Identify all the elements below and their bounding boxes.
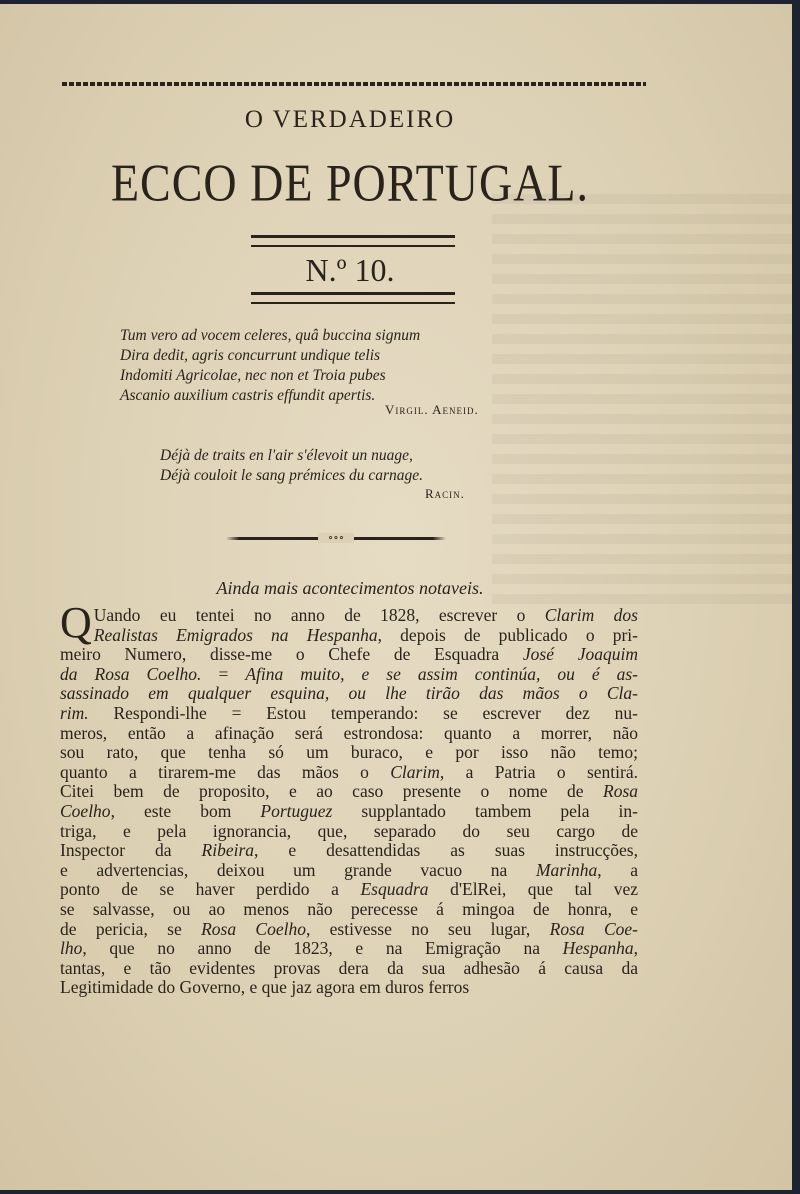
masthead-title: ECCO DE PORTUGAL. xyxy=(0,152,700,213)
article-line: Coelho, este bom Portuguez supplantado t… xyxy=(60,802,638,822)
article-line: sou rato, que tenha só um buraco, e por … xyxy=(60,743,638,763)
article-line: meiro Numero, disse-me o Chefe de Esquad… xyxy=(60,645,638,665)
article-line: quanto a tirarem-me das mãos o Clarim, a… xyxy=(60,763,638,783)
double-rule-lower xyxy=(251,292,455,304)
article-line: triga, e pela ignorancia, que, separado … xyxy=(60,822,638,842)
article-line: Uando eu tentei no anno de 1828, escreve… xyxy=(60,606,638,626)
article-line: lho, que no anno de 1823, e na Emigração… xyxy=(60,939,638,959)
masthead-subtitle: O VERDADEIRO xyxy=(0,106,700,134)
article-line: Inspector da Ribeira, e desattendidas as… xyxy=(60,841,638,861)
article-line: ponto de se haver perdido a Esquadra d'E… xyxy=(60,880,638,900)
epigraph-french: Déjà de traits en l'air s'élevoit un nua… xyxy=(160,446,423,486)
ornamental-top-rule xyxy=(62,82,646,86)
article-line: Realistas Emigrados na Hespanha, depois … xyxy=(60,626,638,646)
issue-number: N.º 10. xyxy=(0,252,700,289)
epigraph-line: Déjà couloit le sang prémices du carnage… xyxy=(160,466,423,486)
section-heading: Ainda mais acontecimentos notaveis. xyxy=(0,578,700,599)
double-rule-upper xyxy=(251,235,455,247)
article-line: Legitimidade do Governo, e que jaz agora… xyxy=(60,978,638,998)
drop-cap: Q xyxy=(60,608,92,638)
divider-ornament: ∘∘∘ xyxy=(318,533,354,543)
epigraph-line: Tum vero ad vocem celeres, quâ buccina s… xyxy=(120,326,420,346)
epigraph-line: Indomiti Agricolae, nec non et Troia pub… xyxy=(120,366,420,386)
epigraph-line: Dira dedit, agris concurrunt undique tel… xyxy=(120,346,420,366)
epigraph-line: Ascanio auxilium castris effundit aperti… xyxy=(120,386,420,406)
article-line: de pericia, se Rosa Coelho, estivesse no… xyxy=(60,920,638,940)
article-line: meros, então a afinação será estrondosa:… xyxy=(60,724,638,744)
article-line: tantas, e tão evidentes provas dera da s… xyxy=(60,959,638,979)
article-line: Citei bem de proposito, e ao caso presen… xyxy=(60,782,638,802)
article-line: sassinado em qualquer esquina, ou lhe ti… xyxy=(60,684,638,704)
article-line: da Rosa Coelho. = Afina muito, e se assi… xyxy=(60,665,638,685)
article-line: e advertencias, deixou um grande vacuo n… xyxy=(60,861,638,881)
epigraph-latin: Tum vero ad vocem celeres, quâ buccina s… xyxy=(120,326,420,406)
article-line: se salvasse, ou ao menos não perecesse á… xyxy=(60,900,638,920)
epigraph-attribution-racine: Racin. xyxy=(425,486,465,502)
article-body: Q Uando eu tentei no anno de 1828, escre… xyxy=(60,606,638,998)
epigraph-attribution-virgil: Virgil. Aeneid. xyxy=(385,402,479,418)
newspaper-page: O VERDADEIRO ECCO DE PORTUGAL. N.º 10. T… xyxy=(0,4,792,1190)
epigraph-line: Déjà de traits en l'air s'élevoit un nua… xyxy=(160,446,423,466)
article-line: rim. Respondi-lhe = Estou temperando: se… xyxy=(60,704,638,724)
